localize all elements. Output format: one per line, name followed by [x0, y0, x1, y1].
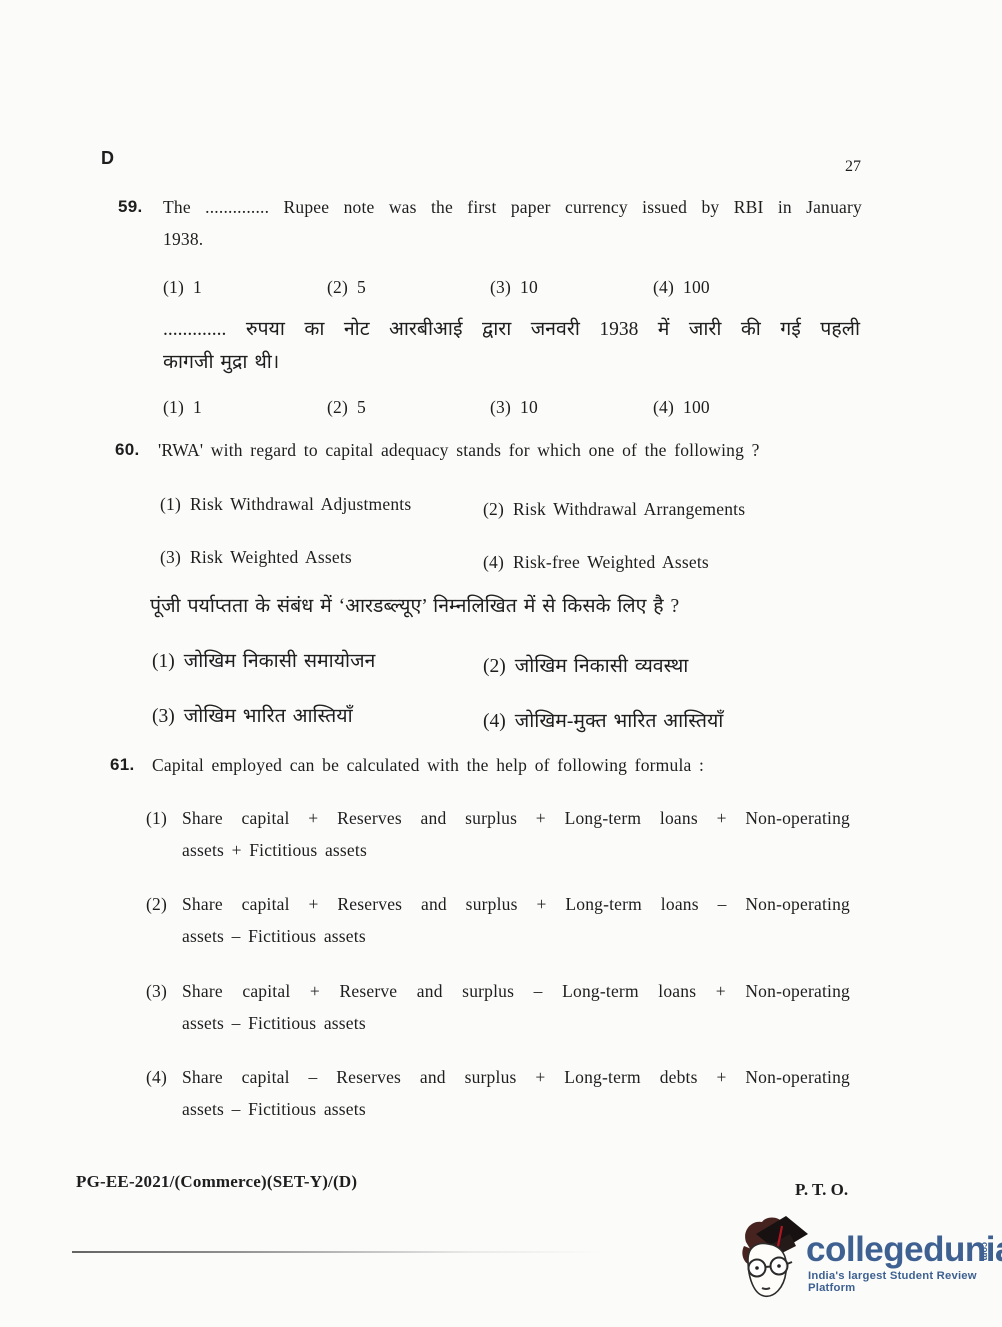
option-text: जोखिम निकासी व्यवस्था	[515, 656, 689, 677]
option-marker: (3)	[160, 547, 181, 567]
q60-hi-option-3: (3)जोखिम भारित आस्तियाँ	[152, 701, 353, 728]
q61-option-1-line2: assets + Fictitious assets	[182, 840, 367, 861]
option-marker: (3)	[490, 277, 511, 297]
q59-hi-option-1: (1)1	[163, 397, 202, 418]
option-text: Risk Withdrawal Adjustments	[190, 494, 411, 514]
option-text: 100	[683, 277, 710, 297]
q60-en-option-2: (2)Risk Withdrawal Arrangements	[483, 499, 745, 520]
q59-number: 59.	[118, 197, 143, 217]
option-text: जोखिम निकासी समायोजन	[184, 651, 376, 672]
q61-option-3-line1: Share capital + Reserve and surplus – Lo…	[182, 981, 850, 1002]
option-marker: (3)	[490, 397, 511, 417]
q60-question-hi: पूंजी पर्याप्तता के संबंध में ‘आरडब्ल्यू…	[150, 591, 679, 618]
option-marker: (2)	[327, 397, 348, 417]
footer-paper-code: PG-EE-2021/(Commerce)(SET-Y)/(D)	[76, 1172, 357, 1192]
q60-hi-option-4: (4)जोखिम-मुक्त भारित आस्तियाँ	[483, 706, 723, 733]
option-marker: (1)	[160, 494, 181, 514]
option-text: 1	[193, 397, 202, 417]
option-text: 5	[357, 277, 366, 297]
q61-option-3-marker: (3)	[146, 981, 167, 1002]
footer-pto: P. T. O.	[795, 1180, 848, 1200]
q60-hi-option-2: (2)जोखिम निकासी व्यवस्था	[483, 651, 688, 678]
q59-option-3: (3)10	[490, 277, 538, 298]
q59-hi-option-3: (3)10	[490, 397, 538, 418]
q59-question-en-line2: 1938.	[163, 229, 203, 250]
collegedunia-tld-text: com	[980, 1242, 990, 1261]
q61-option-2-marker: (2)	[146, 894, 167, 915]
q59-hi-option-2: (2)5	[327, 397, 366, 418]
option-text: Risk Weighted Assets	[190, 547, 352, 567]
q61-option-4-line1: Share capital – Reserves and surplus + L…	[182, 1067, 850, 1088]
q60-question-en: 'RWA' with regard to capital adequacy st…	[158, 440, 760, 461]
q61-option-4-marker: (4)	[146, 1067, 167, 1088]
option-text: Risk Withdrawal Arrangements	[513, 499, 745, 519]
q60-en-option-1: (1)Risk Withdrawal Adjustments	[160, 494, 411, 515]
option-marker: (4)	[653, 397, 674, 417]
page-number: 27	[845, 158, 861, 176]
option-text: 10	[520, 277, 538, 297]
q60-hi-option-1: (1)जोखिम निकासी समायोजन	[152, 646, 375, 673]
q59-question-en-line1: The .............. Rupee note was the fi…	[163, 197, 862, 218]
option-marker: (3)	[152, 706, 175, 727]
option-marker: (4)	[483, 711, 506, 732]
option-text: 100	[683, 397, 710, 417]
q61-option-1-line1: Share capital + Reserves and surplus + L…	[182, 808, 850, 829]
option-text: Risk-free Weighted Assets	[513, 552, 709, 572]
option-marker: (2)	[327, 277, 348, 297]
q61-question: Capital employed can be calculated with …	[152, 755, 704, 776]
option-marker: (2)	[483, 499, 504, 519]
exam-page: D 27 59. The .............. Rupee note w…	[0, 0, 1002, 1327]
collegedunia-brand-text: collegedunia	[806, 1230, 1002, 1270]
option-text: जोखिम-मुक्त भारित आस्तियाँ	[515, 711, 724, 732]
q59-option-2: (2)5	[327, 277, 366, 298]
option-marker: (4)	[653, 277, 674, 297]
option-marker: (4)	[483, 552, 504, 572]
q59-hi-option-4: (4)100	[653, 397, 710, 418]
q61-option-2-line2: assets – Fictitious assets	[182, 926, 366, 947]
q61-option-1-marker: (1)	[146, 808, 167, 829]
collegedunia-mascot-icon	[738, 1212, 810, 1308]
option-text: जोखिम भारित आस्तियाँ	[184, 706, 353, 727]
collegedunia-tagline: India's largest Student Review Platform	[808, 1270, 1002, 1294]
option-text: 1	[193, 277, 202, 297]
option-text: 5	[357, 397, 366, 417]
q60-number: 60.	[115, 440, 140, 460]
q60-en-option-4: (4)Risk-free Weighted Assets	[483, 552, 709, 573]
option-marker: (1)	[152, 651, 175, 672]
option-text: 10	[520, 397, 538, 417]
q61-number: 61.	[110, 755, 135, 775]
q61-option-4-line2: assets – Fictitious assets	[182, 1099, 366, 1120]
collegedunia-logo: collegedunia com India's largest Student…	[738, 1208, 1002, 1318]
q61-option-3-line2: assets – Fictitious assets	[182, 1013, 366, 1034]
q59-question-hi-line2: कागजी मुद्रा थी।	[163, 347, 279, 374]
set-letter: D	[101, 148, 114, 169]
option-marker: (1)	[163, 277, 184, 297]
q60-en-option-3: (3)Risk Weighted Assets	[160, 547, 352, 568]
q59-question-hi-line1: ............. रुपया का नोट आरबीआई द्वारा…	[163, 314, 860, 341]
q59-option-4: (4)100	[653, 277, 710, 298]
q61-option-2-line1: Share capital + Reserves and surplus + L…	[182, 894, 850, 915]
option-marker: (2)	[483, 656, 506, 677]
option-marker: (1)	[163, 397, 184, 417]
q59-option-1: (1)1	[163, 277, 202, 298]
scan-artifact-line	[72, 1251, 602, 1253]
